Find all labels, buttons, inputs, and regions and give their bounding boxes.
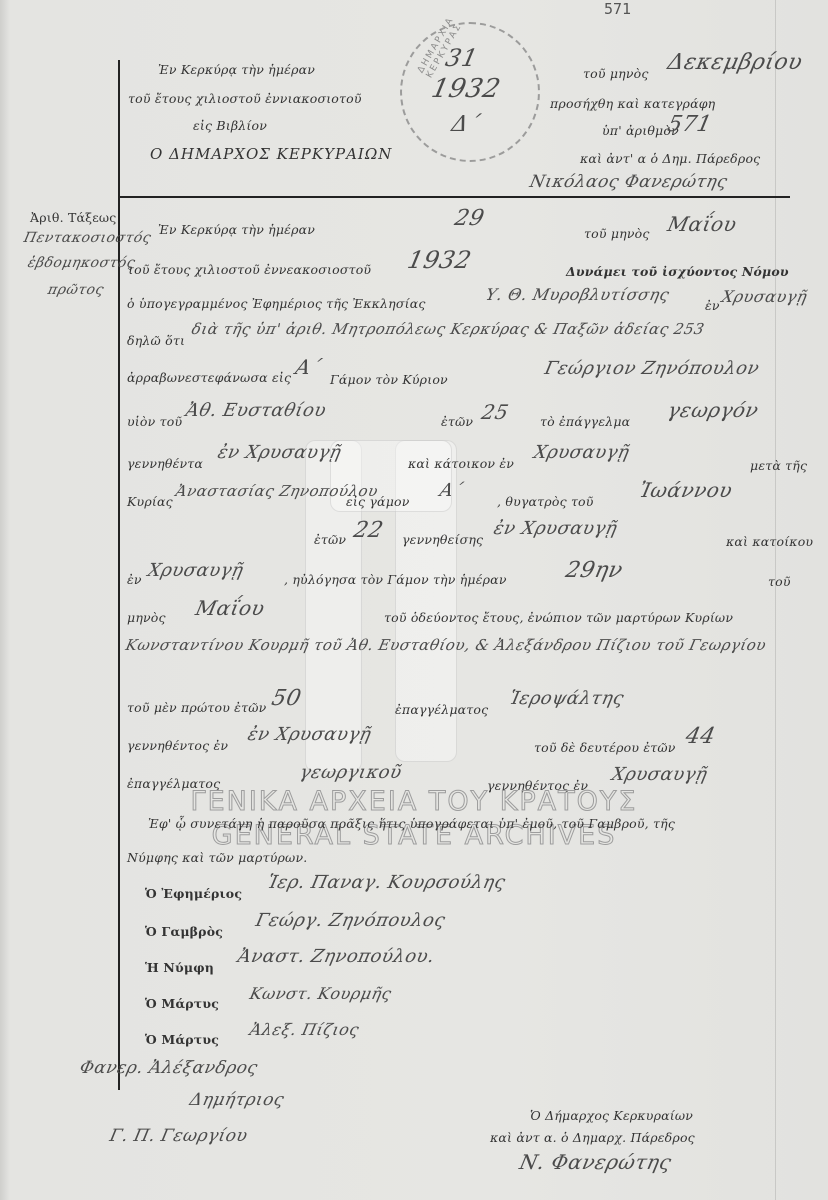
act-groom-name: Γεώργιον Ζηνόπουλον [543, 358, 762, 379]
act-month: Μαΐου [665, 212, 739, 236]
signature-role: Ἡ Νύμφη [145, 960, 214, 975]
signature-value: Κωνστ. Κουρμῆς [248, 984, 393, 1003]
act-closing-1: Ἐφ' ᾧ συνετάγη ἡ παροῦσα πρᾶξις ἥτις ὑπο… [148, 816, 675, 831]
mayor-line2: καὶ ἀντ α. ὁ Δημαρχ. Πάρεδρος [490, 1130, 695, 1145]
extra-signature: Γ. Π. Γεωργίου [108, 1126, 250, 1146]
act-declare-prefix: δηλῶ ὅτι [127, 333, 185, 348]
act-bride-birthplace: ἐν Χρυσαυγῇ [492, 518, 620, 539]
act-groom-father: Ἀθ. Ευσταθίου [184, 400, 328, 421]
signature-value: Γεώργ. Ζηνόπουλος [254, 910, 448, 931]
signature-role: Ὁ Ἐφημέριος [145, 886, 242, 901]
act-wedding-month: Μαΐου [193, 596, 267, 620]
reg-deputy-signature: Νικόλαος Φανερώτης [528, 172, 729, 192]
act-current-year: τοῦ ὁδεύοντος ἔτους, ἐνώπιον τῶν μαρτύρω… [384, 610, 733, 625]
act-year: 1932 [405, 246, 474, 274]
stamp-day: 31 [443, 44, 480, 72]
act-lady-label: Κυρίας [127, 494, 173, 509]
act-wedding-day: 29ην [563, 558, 625, 583]
act-in-label: ἐν [705, 298, 720, 313]
reg-submitted: προσήχθη καὶ κατεγράφη [550, 96, 715, 111]
act-groom-profession: γεωργόν [665, 398, 761, 422]
page-number: 571 [604, 0, 631, 18]
act-profession-label: τὸ ἐπάγγελμα [540, 414, 630, 429]
reg-month-label: τοῦ μηνὸς [583, 66, 649, 81]
act-license: διὰ τῆς ὑπ' ἀριθ. Μητροπόλεως Κερκύρας &… [190, 320, 706, 338]
act-daughter-label: , θυγατρὸς τοῦ [497, 494, 594, 509]
act-second-profession: γεωργικοῦ [298, 762, 404, 783]
act-second-age: 44 [683, 724, 717, 749]
extra-signature: Δημήτριος [188, 1090, 286, 1110]
act-groom-age: 25 [479, 400, 511, 424]
mayor-signature: Ν. Φανερώτης [517, 1150, 673, 1174]
act-years-label: ἐτῶν [441, 414, 473, 429]
sidebar-label: Ἀριθ. Τάξεως [30, 210, 116, 225]
sidebar-hw-2: ἑβδομηκοστός [26, 255, 137, 271]
reg-line1: Ἐν Κερκύρᾳ τὴν ἡμέραν [158, 62, 315, 77]
act-bride-in: ἐν [127, 572, 142, 587]
signature-value: Ἀναστ. Ζηνοπούλου. [236, 946, 437, 967]
act-first-years-label: τοῦ μὲν πρώτου ἐτῶν [127, 700, 266, 715]
act-with-label: μετὰ τῆς [750, 458, 807, 473]
act-son-of-label: υἱὸν τοῦ [127, 414, 182, 429]
faint-grid-line [775, 0, 776, 1200]
stamp-year: 1932 [429, 74, 504, 104]
act-bride-age: 22 [351, 518, 385, 543]
signature-role: Ὁ Μάρτυς [145, 1032, 219, 1047]
sidebar-hw-1: Πεντακοσιοστός [22, 230, 152, 246]
act-closing-2: Νύμφης καὶ τῶν μαρτύρων. [127, 850, 307, 865]
reg-deputy: καὶ ἀντ' α ὁ Δημ. Πάρεδρος [580, 151, 760, 166]
act-second-years-label: τοῦ δὲ δευτέρου ἐτῶν [534, 740, 676, 755]
act-first-profession: Ἱεροψάλτης [508, 688, 626, 709]
act-resident-label: καὶ κάτοικον ἐν [408, 456, 514, 471]
act-crowned-prefix: ἀρραβωνεστεφάνωσα εἰς [127, 370, 291, 385]
act-born-label: γεννηθέντα [127, 456, 203, 471]
act-first-born-label: γεννηθέντος ἐν [127, 738, 228, 753]
act-bride-marriage-label: εἰς γάμον [346, 494, 410, 509]
act-second-birthplace: Χρυσαυγῇ [610, 764, 710, 785]
reg-title: Ο ΔΗΜΑΡΧΟΣ ΚΕΡΚΥΡΑΙΩΝ [150, 145, 392, 163]
act-church-location: Χρυσαυγῇ [720, 287, 809, 306]
signature-role: Ὁ Γαμβρὸς [145, 924, 223, 939]
act-groom-birthplace: ἐν Χρυσαυγῇ [216, 442, 344, 463]
act-line1: Ἐν Κερκύρᾳ τὴν ἡμέραν [158, 222, 315, 237]
act-bride-residence: Χρυσαυγῇ [146, 560, 246, 581]
act-bride-father: Ἰωάννου [637, 478, 734, 502]
act-bride-resident-label: καὶ κατοίκου [726, 534, 813, 549]
act-bride-born-label: γεννηθείσης [402, 532, 483, 547]
act-wedding-of: τοῦ [768, 574, 791, 589]
stamp-volume: Δ΄ [449, 112, 482, 137]
act-month-label: τοῦ μηνὸς [584, 226, 650, 241]
act-wedding-month-label: μηνὸς [127, 610, 166, 625]
act-groom-label: Γάμον τὸν Κύριον [330, 372, 448, 387]
act-first-age: 50 [269, 686, 303, 711]
act-bride-marriage-number: Α΄ [438, 480, 465, 501]
reg-number-value: 571 [665, 112, 714, 137]
act-first-prof-label: ἐπαγγέλματος [395, 702, 488, 717]
act-church: Υ. Θ. Μυροβλυτίσσης [484, 285, 671, 304]
act-witnesses-names: Κωνσταντίνου Κουρμῆ τοῦ Ἀθ. Ευσταθίου, &… [124, 636, 768, 654]
reg-month-value: Δεκεμβρίου [665, 50, 804, 75]
act-groom-residence: Χρυσαυγῇ [532, 442, 632, 463]
act-first-birthplace: ἐν Χρυσαυγῇ [246, 724, 374, 745]
header-divider [120, 196, 790, 198]
signature-role: Ὁ Μάρτυς [145, 996, 219, 1011]
act-line2: τοῦ ἔτους χιλιοστοῦ ἐννεακοσιοστοῦ [127, 262, 371, 277]
reg-line3: εἰς Βιβλίον [193, 118, 267, 133]
signature-value: Ἀλεξ. Πίζιος [248, 1020, 361, 1039]
act-blessed-label: , ηὐλόγησα τὸν Γάμον τὴν ἡμέραν [284, 572, 507, 587]
signature-value: Ἱερ. Παναγ. Κουρσούλης [266, 872, 508, 893]
sidebar-hw-3: πρῶτος [46, 282, 105, 298]
act-bride-years-label: ἐτῶν [314, 532, 346, 547]
left-border-rule [118, 60, 120, 1090]
mayor-line1: Ὁ Δήμαρχος Κερκυραίων [530, 1108, 693, 1123]
act-law: Δυνάμει τοῦ ἰσχύοντος Νόμου [566, 264, 789, 279]
document-page: 571 ΔΗΜΑΡΧΙΑ ΚΕΡΚΥΡΑΣ 31 1932 Δ΄ Ἐν Κερκ… [0, 0, 828, 1200]
act-marriage-number: Α΄ [293, 355, 324, 379]
archive-watermark-greek: ΓΕΝΙΚΑ ΑΡΧΕΙΑ ΤΟΥ ΚΡΑΤΟΥΣ [0, 786, 828, 817]
act-day: 29 [452, 206, 486, 231]
extra-signature: Φανερ. Ἀλέξανδρος [78, 1058, 260, 1078]
act-priest-prefix: ὁ ὑπογεγραμμένος Ἐφημέριος τῆς Ἐκκλησίας [127, 296, 426, 311]
reg-line2: τοῦ ἔτους χιλιοστοῦ ἐννιακοσιοτοῦ [128, 91, 362, 106]
